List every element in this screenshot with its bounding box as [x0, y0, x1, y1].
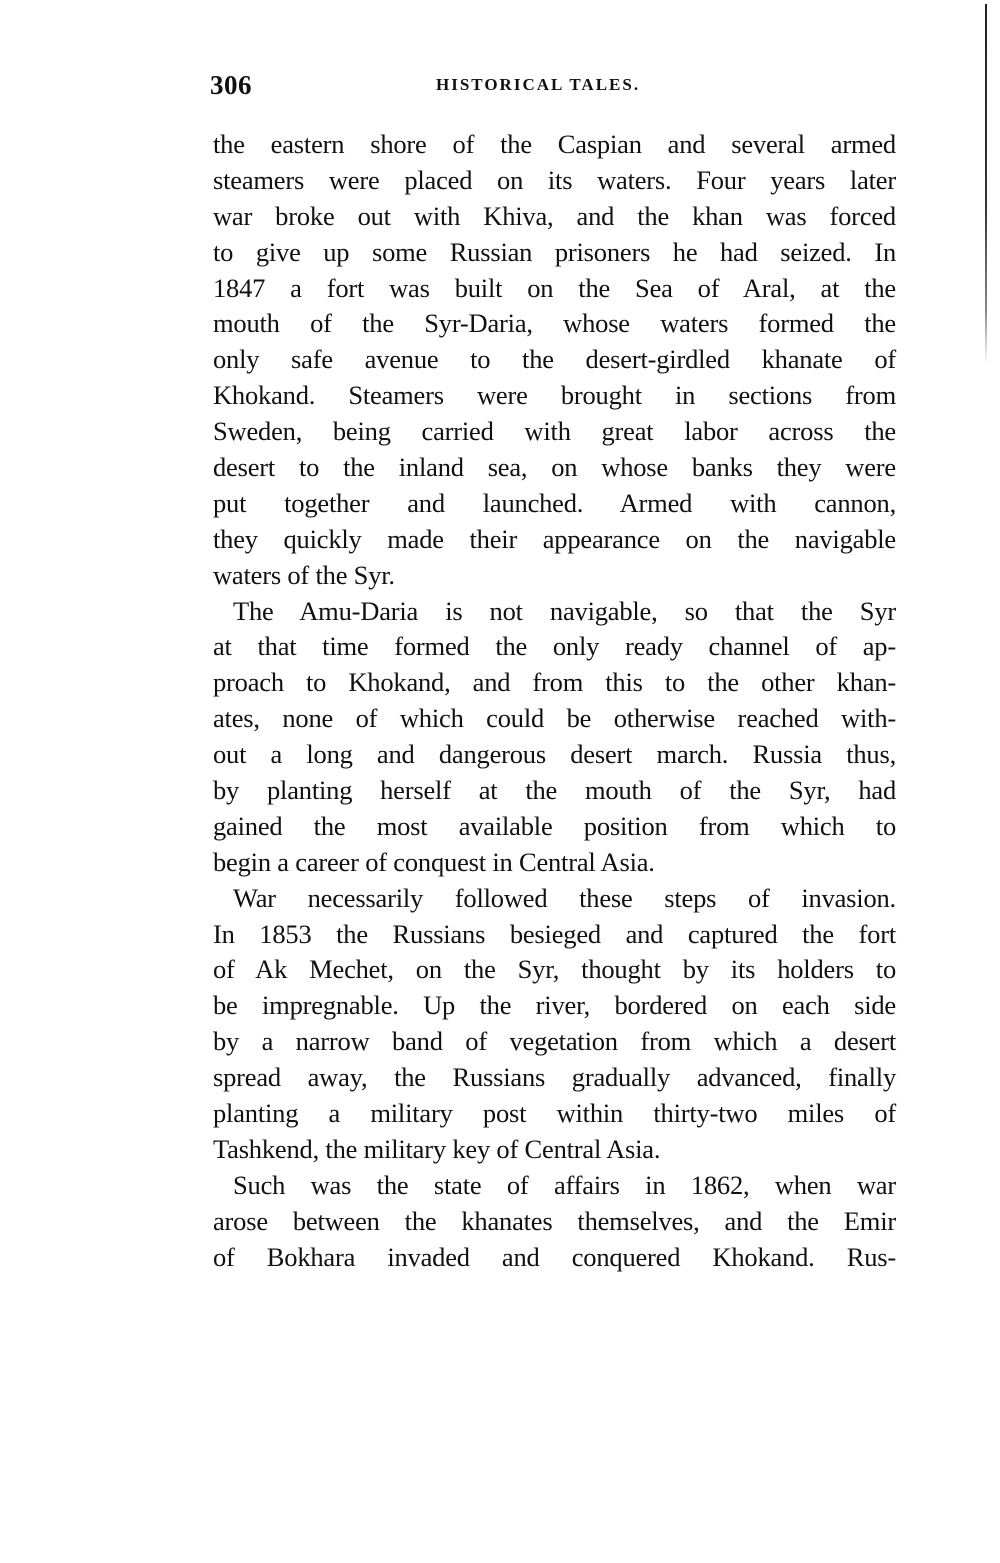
- text-line: of Ak Mechet, on the Syr, thought by its…: [213, 952, 896, 988]
- text-line: waters of the Syr.: [213, 558, 896, 594]
- text-line: put together and launched. Armed with ca…: [213, 486, 896, 522]
- text-line: spread away, the Russians gradually adva…: [213, 1060, 896, 1096]
- text-line: steamers were placed on its waters. Four…: [213, 163, 896, 199]
- text-line: the eastern shore of the Caspian and sev…: [213, 127, 896, 163]
- paragraph: Such was the state of affairs in 1862, w…: [213, 1168, 896, 1276]
- text-line: only safe avenue to the desert-girdled k…: [213, 342, 896, 378]
- text-line: arose between the khanates themselves, a…: [213, 1204, 896, 1240]
- text-line: desert to the inland sea, on whose banks…: [213, 450, 896, 486]
- text-line: In 1853 the Russians besieged and captur…: [213, 917, 896, 953]
- text-line: gained the most available position from …: [213, 809, 896, 845]
- text-line: war broke out with Khiva, and the khan w…: [213, 199, 896, 235]
- text-line: planting a military post within thirty-t…: [213, 1096, 896, 1132]
- text-line: mouth of the Syr-Daria, whose waters for…: [213, 306, 896, 342]
- text-line: Such was the state of affairs in 1862, w…: [213, 1168, 896, 1204]
- running-title: HISTORICAL TALES.: [436, 75, 640, 95]
- text-line: by a narrow band of vegetation from whic…: [213, 1024, 896, 1060]
- text-line: ates, none of which could be otherwise r…: [213, 701, 896, 737]
- text-line: 1847 a fort was built on the Sea of Aral…: [213, 271, 896, 307]
- text-line: Sweden, being carried with great labor a…: [213, 414, 896, 450]
- paragraph: the eastern shore of the Caspian and sev…: [213, 127, 896, 594]
- text-line: by planting herself at the mouth of the …: [213, 773, 896, 809]
- text-line: Tashkend, the military key of Central As…: [213, 1132, 896, 1168]
- text-line: Khokand. Steamers were brought in sectio…: [213, 378, 896, 414]
- text-line: out a long and dangerous desert march. R…: [213, 737, 896, 773]
- text-line: War necessarily followed these steps of …: [213, 881, 896, 917]
- text-line: The Amu-Daria is not navigable, so that …: [213, 594, 896, 630]
- running-head: 306 HISTORICAL TALES.: [210, 70, 900, 106]
- text-line: begin a career of conquest in Central As…: [213, 845, 896, 881]
- text-line: proach to Khokand, and from this to the …: [213, 665, 896, 701]
- paragraph: The Amu-Daria is not navigable, so that …: [213, 594, 896, 881]
- text-line: they quickly made their appearance on th…: [213, 522, 896, 558]
- text-body: the eastern shore of the Caspian and sev…: [213, 127, 896, 1276]
- page-number: 306: [210, 70, 252, 101]
- text-line: be impregnable. Up the river, bordered o…: [213, 988, 896, 1024]
- text-line: at that time formed the only ready chann…: [213, 629, 896, 665]
- text-line: of Bokhara invaded and conquered Khokand…: [213, 1240, 896, 1276]
- text-line: to give up some Russian prisoners he had…: [213, 235, 896, 271]
- page-edge-line: [985, 4, 987, 364]
- paragraph: War necessarily followed these steps of …: [213, 881, 896, 1168]
